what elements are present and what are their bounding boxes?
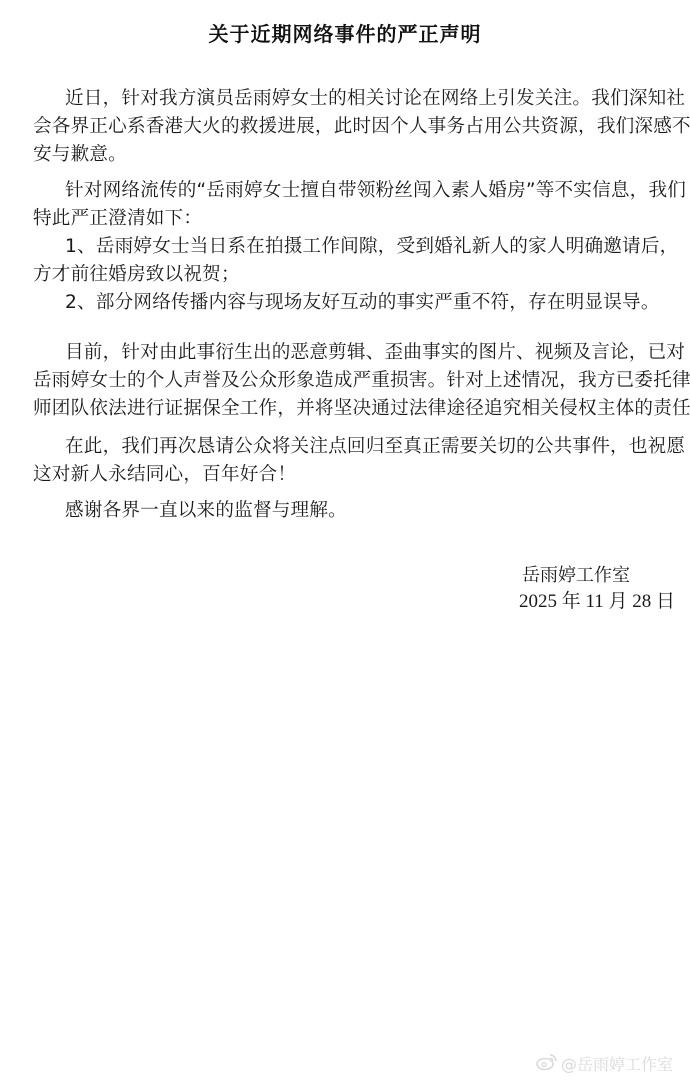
watermark-text: @岳雨婷工作室 — [561, 1052, 673, 1075]
paragraph-line: 这对新人永结同心，百年好合！ — [33, 464, 296, 486]
paragraph-line: 在此，我们再次恳请公众将关注点回归至真正需要关切的公共事件，也祝愿 — [65, 436, 685, 458]
paragraph-line: 感谢各界一直以来的监督与理解。 — [65, 500, 347, 522]
signature-date: 2025 年 11 月 28 日 — [519, 586, 675, 613]
paragraph-line: 师团队依法进行证据保全工作，并将坚决通过法律途径追究相关侵权主体的责任。 — [33, 398, 690, 420]
paragraph-line: 安与歉意。 — [33, 144, 127, 166]
clarification-item-1: 1、岳雨婷女士当日系在拍摄工作间隙，受到婚礼新人的家人明确邀请后， — [65, 236, 678, 258]
weibo-watermark: @岳雨婷工作室 — [536, 1052, 673, 1075]
paragraph-line: 目前，针对由此事衍生出的恶意剪辑、歪曲事实的图片、视频及言论，已对 — [65, 342, 685, 364]
weibo-icon — [536, 1053, 558, 1075]
paragraph-line: 方才前往婚房致以祝贺； — [33, 264, 240, 286]
paragraph-line: 近日，针对我方演员岳雨婷女士的相关讨论在网络上引发关注。我们深知社 — [65, 88, 685, 110]
document-title: 关于近期网络事件的严正声明 — [0, 18, 690, 47]
paragraph-line: 会各界正心系香港大火的救援进展，此时因个人事务占用公共资源，我们深感不 — [33, 116, 690, 138]
paragraph-line: 特此严正澄清如下： — [33, 208, 202, 230]
paragraph-line: 岳雨婷女士的个人声誉及公众形象造成严重损害。针对上述情况，我方已委托律 — [33, 370, 690, 392]
paragraph-line: 针对网络流传的“岳雨婷女士擅自带领粉丝闯入素人婚房”等不实信息，我们 — [65, 180, 686, 202]
signature-organization: 岳雨婷工作室 — [522, 561, 630, 587]
clarification-item-2: 2、部分网络传播内容与现场友好互动的事实严重不符，存在明显误导。 — [65, 292, 660, 314]
